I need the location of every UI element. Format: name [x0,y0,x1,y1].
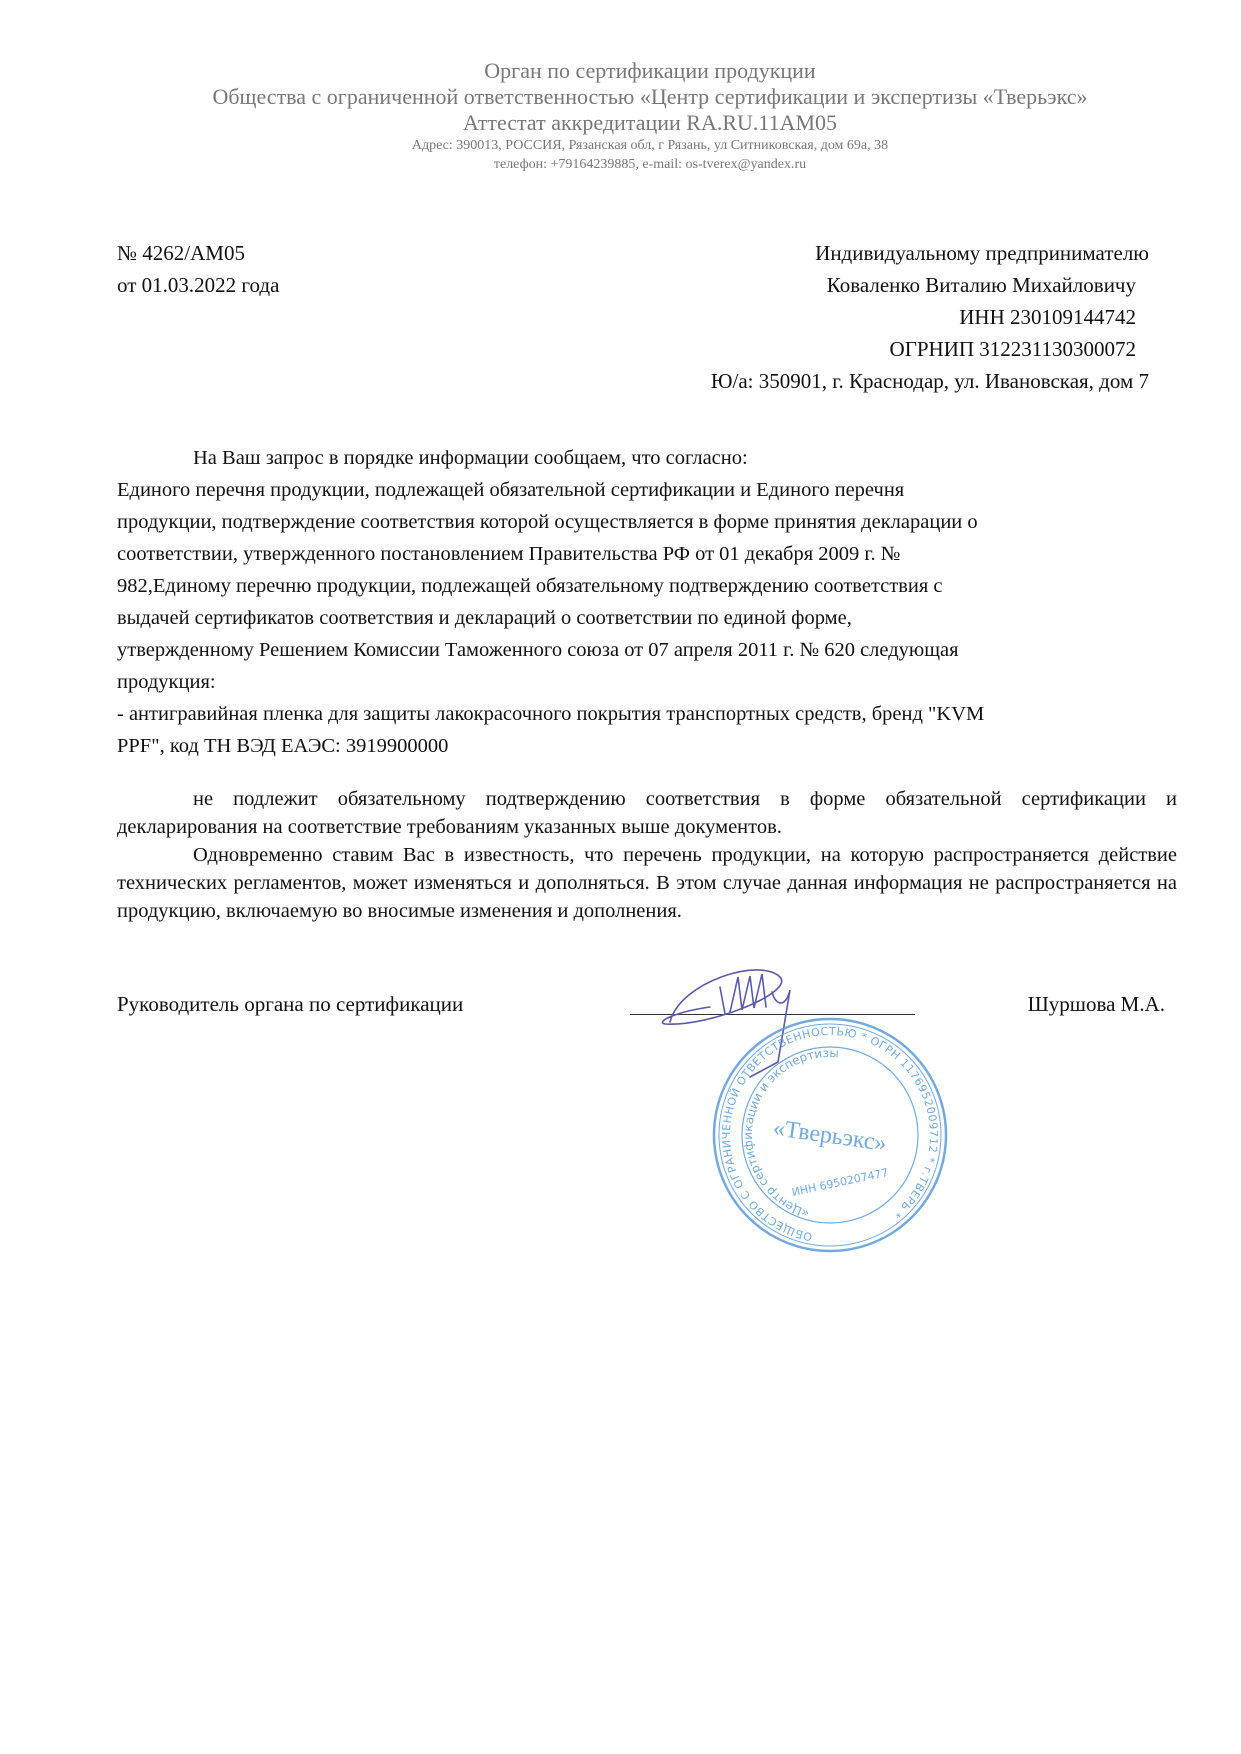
letterhead-title: Орган по сертификации продукции [0,58,1241,84]
body-line: 982,Единому перечню продукции, подлежаще… [117,570,1177,602]
addressee-name: Коваленко Виталию Михайловичу [711,269,1149,301]
body-line: соответствии, утвержденного постановлени… [117,538,1177,570]
addressee-ogrnip: ОГРНИП 312231130300072 [711,333,1149,365]
body-line: выдачей сертификатов соответствия и декл… [117,602,1177,634]
product-line: PPF", код ТН ВЭД ЕАЭС: 3919900000 [117,730,1177,762]
letterhead-accreditation: Аттестат аккредитации RA.RU.11AM05 [0,110,1241,136]
organization-stamp: ОБЩЕСТВО С ОГРАНИЧЕННОЙ ОТВЕТСТВЕННОСТЬЮ… [710,1015,950,1255]
addressee-address: Ю/а: 350901, г. Краснодар, ул. Ивановска… [711,365,1149,397]
conclusion-paragraph: не подлежит обязательному подтверждению … [117,785,1177,841]
signatory-title: Руководитель органа по сертификации [117,990,463,1018]
addressee-title: Индивидуальному предпринимателю [711,237,1149,269]
stamp-inn: ИНН 6950207477 [791,1166,890,1199]
body-line: Единого перечня продукции, подлежащей об… [117,474,1177,506]
letter-date: от 01.03.2022 года [117,269,279,301]
letterhead-address: Адрес: 390013, РОССИЯ, Рязанская обл, г … [0,136,1241,155]
body-line: продукции, подтверждение соответствия ко… [117,506,1177,538]
letterhead-organization: Общества с ограниченной ответственностью… [0,84,1241,110]
letterhead-contacts: телефон: +79164239885, e-mail: os-tverex… [0,155,1241,174]
product-line: - антигравийная пленка для защиты лакокр… [117,698,1177,730]
addressee-inn: ИНН 230109144742 [711,301,1149,333]
body-line: продукция: [117,666,1177,698]
body-line: утвержденному Решением Комиссии Таможенн… [117,634,1177,666]
signatory-name: Шуршова М.А. [1028,990,1165,1018]
letter-reference: № 4262/АМ05 от 01.03.2022 года [117,237,279,301]
body-intro: На Ваш запрос в порядке информации сообщ… [117,442,1177,474]
letterhead: Орган по сертификации продукции Общества… [0,58,1241,174]
addressee-block: Индивидуальному предпринимателю Коваленк… [711,237,1149,397]
notice-paragraph: Одновременно ставим Вас в известность, ч… [117,841,1177,925]
stamp-center-text: «Тверьэкс» [771,1115,888,1157]
letter-body-main: На Ваш запрос в порядке информации сообщ… [117,442,1177,762]
letter-number: № 4262/АМ05 [117,237,279,269]
letter-body-conclusion: не подлежит обязательному подтверждению … [117,785,1177,925]
